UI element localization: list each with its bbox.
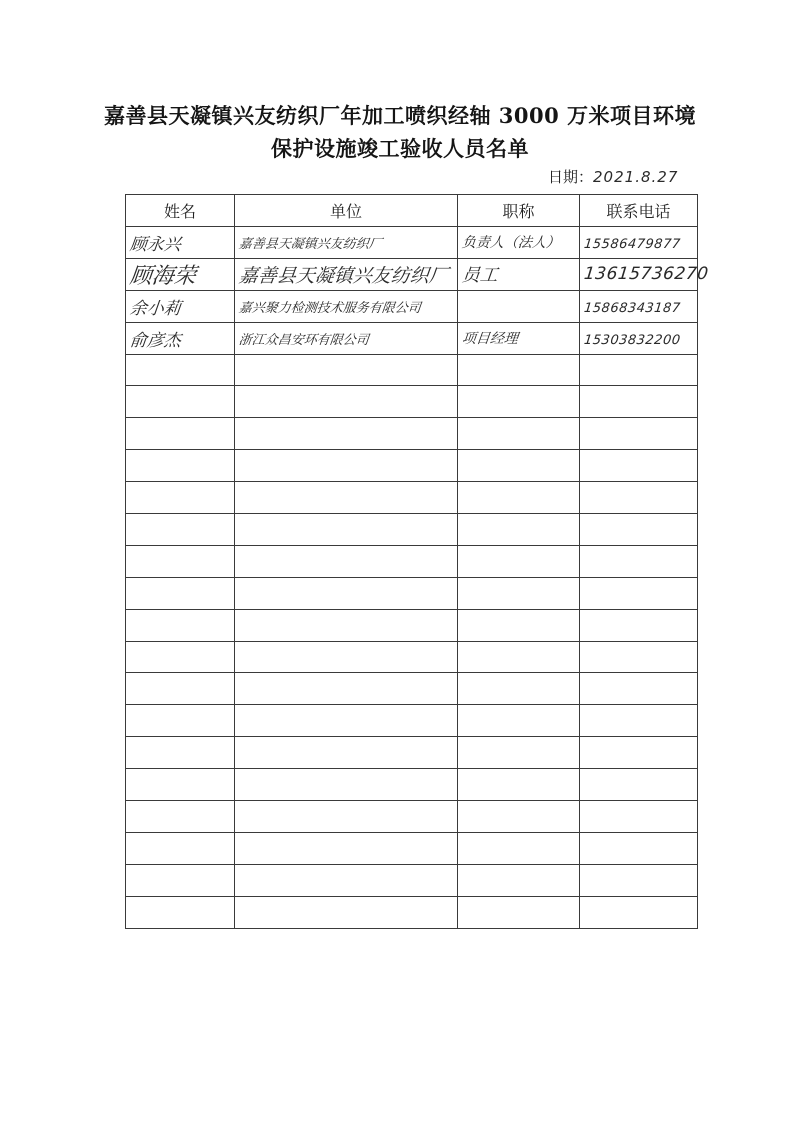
- cell-phone: [580, 514, 698, 546]
- cell-phone: 15303832200: [580, 322, 698, 354]
- table-row: [126, 737, 698, 769]
- table-row: [126, 896, 698, 928]
- table-header-row: 姓名 单位 职称 联系电话: [126, 195, 698, 227]
- document-title-line1: 嘉善县天凝镇兴友纺织厂年加工喷织经轴 3000 万米项目环境: [0, 100, 800, 130]
- cell-title: [458, 290, 580, 322]
- handwritten-phone: 15586479877: [583, 237, 681, 252]
- cell-phone: [580, 864, 698, 896]
- handwritten-phone: 13615736270: [583, 264, 710, 284]
- date-line: 日期：2021.8.27: [548, 166, 678, 187]
- cell-name: 顾海荣: [126, 258, 235, 290]
- table-row: [126, 609, 698, 641]
- cell-unit: [235, 418, 458, 450]
- cell-name: [126, 896, 235, 928]
- table-row: [126, 450, 698, 482]
- cell-name: 顾永兴: [126, 226, 235, 258]
- handwritten-name: 顾永兴: [129, 230, 183, 255]
- cell-name: [126, 832, 235, 864]
- cell-title: [458, 673, 580, 705]
- cell-name: [126, 641, 235, 673]
- table-row: 俞彦杰浙江众昌安环有限公司项目经理15303832200: [126, 322, 698, 354]
- table-row: [126, 832, 698, 864]
- table-body: 顾永兴嘉善县天凝镇兴友纺织厂负责人（法人）15586479877顾海荣嘉善县天凝…: [126, 226, 698, 928]
- cell-name: [126, 673, 235, 705]
- table-row: [126, 641, 698, 673]
- handwritten-name: 余小莉: [129, 294, 183, 319]
- cell-name: [126, 418, 235, 450]
- table-row: [126, 577, 698, 609]
- cell-name: [126, 386, 235, 418]
- cell-phone: [580, 737, 698, 769]
- cell-phone: [580, 609, 698, 641]
- cell-name: [126, 737, 235, 769]
- handwritten-title: 负责人（法人）: [461, 232, 561, 252]
- cell-title: 负责人（法人）: [458, 226, 580, 258]
- table-row: 顾海荣嘉善县天凝镇兴友纺织厂员工13615736270: [126, 258, 698, 290]
- cell-phone: [580, 386, 698, 418]
- cell-title: [458, 737, 580, 769]
- cell-title: [458, 864, 580, 896]
- cell-title: 员工: [458, 258, 580, 290]
- cell-name: [126, 514, 235, 546]
- cell-title: [458, 769, 580, 801]
- cell-phone: 15868343187: [580, 290, 698, 322]
- cell-unit: [235, 769, 458, 801]
- handwritten-phone: 15303832200: [583, 333, 681, 348]
- cell-title: [458, 514, 580, 546]
- cell-title: [458, 354, 580, 386]
- cell-unit: [235, 482, 458, 514]
- cell-phone: [580, 577, 698, 609]
- cell-phone: [580, 545, 698, 577]
- table-row: [126, 801, 698, 833]
- cell-phone: [580, 418, 698, 450]
- cell-title: [458, 577, 580, 609]
- cell-unit: [235, 609, 458, 641]
- table-row: [126, 769, 698, 801]
- cell-unit: [235, 737, 458, 769]
- handwritten-name: 顾海荣: [128, 259, 197, 290]
- table-row: [126, 514, 698, 546]
- cell-phone: [580, 769, 698, 801]
- cell-title: [458, 482, 580, 514]
- cell-phone: 15586479877: [580, 226, 698, 258]
- cell-name: [126, 545, 235, 577]
- cell-title: [458, 832, 580, 864]
- table-row: 余小莉嘉兴聚力检测技术服务有限公司15868343187: [126, 290, 698, 322]
- cell-name: [126, 801, 235, 833]
- table-row: [126, 386, 698, 418]
- table-row: [126, 354, 698, 386]
- cell-title: [458, 545, 580, 577]
- header-unit: 单位: [235, 195, 458, 227]
- cell-title: [458, 801, 580, 833]
- date-value: 2021.8.27: [593, 168, 678, 186]
- cell-name: [126, 482, 235, 514]
- cell-name: [126, 577, 235, 609]
- cell-name: [126, 705, 235, 737]
- cell-name: 余小莉: [126, 290, 235, 322]
- header-name: 姓名: [126, 195, 235, 227]
- cell-unit: [235, 705, 458, 737]
- cell-phone: [580, 450, 698, 482]
- table-row: [126, 864, 698, 896]
- table-row: [126, 418, 698, 450]
- cell-title: 项目经理: [458, 322, 580, 354]
- cell-unit: [235, 832, 458, 864]
- cell-title: [458, 450, 580, 482]
- cell-unit: 浙江众昌安环有限公司: [235, 322, 458, 354]
- cell-unit: [235, 673, 458, 705]
- table-row: [126, 482, 698, 514]
- cell-name: [126, 769, 235, 801]
- cell-unit: [235, 545, 458, 577]
- table-row: [126, 545, 698, 577]
- cell-unit: 嘉善县天凝镇兴友纺织厂: [235, 258, 458, 290]
- cell-title: [458, 896, 580, 928]
- cell-unit: [235, 896, 458, 928]
- cell-unit: [235, 801, 458, 833]
- table-row: [126, 705, 698, 737]
- cell-phone: [580, 673, 698, 705]
- cell-unit: [235, 386, 458, 418]
- cell-title: [458, 418, 580, 450]
- header-title: 职称: [458, 195, 580, 227]
- cell-unit: [235, 577, 458, 609]
- cell-name: [126, 354, 235, 386]
- cell-title: [458, 386, 580, 418]
- cell-phone: [580, 832, 698, 864]
- cell-name: [126, 864, 235, 896]
- cell-name: [126, 609, 235, 641]
- handwritten-unit: 嘉善县天凝镇兴友纺织厂: [238, 261, 450, 288]
- cell-phone: 13615736270: [580, 258, 698, 290]
- cell-title: [458, 705, 580, 737]
- cell-unit: [235, 864, 458, 896]
- cell-unit: [235, 514, 458, 546]
- handwritten-title: 员工: [461, 261, 500, 287]
- cell-name: 俞彦杰: [126, 322, 235, 354]
- cell-phone: [580, 482, 698, 514]
- handwritten-name: 俞彦杰: [129, 326, 183, 351]
- cell-phone: [580, 705, 698, 737]
- handwritten-unit: 浙江众昌安环有限公司: [238, 329, 370, 348]
- attendee-table: 姓名 单位 职称 联系电话 顾永兴嘉善县天凝镇兴友纺织厂负责人（法人）15586…: [125, 194, 698, 929]
- document-title-line2: 保护设施竣工验收人员名单: [0, 133, 800, 163]
- cell-phone: [580, 801, 698, 833]
- cell-unit: [235, 641, 458, 673]
- cell-phone: [580, 896, 698, 928]
- table-row: 顾永兴嘉善县天凝镇兴友纺织厂负责人（法人）15586479877: [126, 226, 698, 258]
- cell-title: [458, 609, 580, 641]
- header-phone: 联系电话: [580, 195, 698, 227]
- cell-unit: [235, 450, 458, 482]
- cell-unit: [235, 354, 458, 386]
- handwritten-unit: 嘉兴聚力检测技术服务有限公司: [238, 297, 422, 316]
- date-label: 日期：: [548, 168, 593, 186]
- cell-phone: [580, 641, 698, 673]
- cell-name: [126, 450, 235, 482]
- cell-unit: 嘉兴聚力检测技术服务有限公司: [235, 290, 458, 322]
- handwritten-phone: 15868343187: [583, 301, 681, 316]
- cell-title: [458, 641, 580, 673]
- cell-phone: [580, 354, 698, 386]
- handwritten-unit: 嘉善县天凝镇兴友纺织厂: [238, 233, 383, 252]
- table-row: [126, 673, 698, 705]
- cell-unit: 嘉善县天凝镇兴友纺织厂: [235, 226, 458, 258]
- handwritten-title: 项目经理: [461, 328, 519, 348]
